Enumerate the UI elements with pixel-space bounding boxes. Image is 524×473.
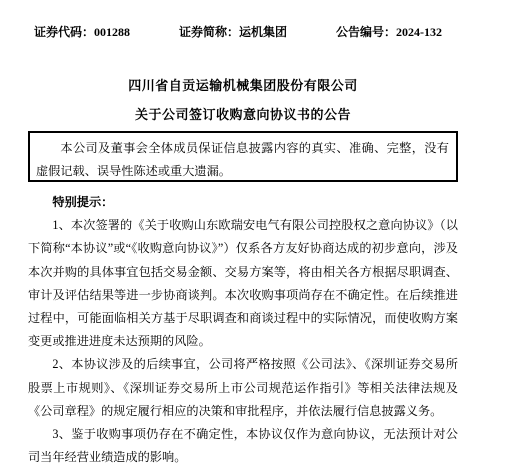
stock-code-value: 001288	[94, 25, 130, 39]
stock-code: 证券代码：001288	[34, 23, 130, 40]
announcement-number: 公告编号：2024-132	[336, 23, 442, 40]
notice-paragraph-3: 3、鉴于收购事项仍存在不确定性，本协议仅作为意向协议，无法预计对公司当年经营业绩…	[28, 423, 458, 469]
document-header: 证券代码：001288 证券简称：运机集团 公告编号：2024-132	[34, 23, 442, 40]
notice-paragraph-2: 2、本协议涉及的后续事宜，公司将严格按照《公司法》、《深圳证券交易所股票上市规则…	[28, 353, 458, 423]
company-title: 四川省自贡运输机械集团股份有限公司	[28, 75, 458, 94]
announcement-title: 关于公司签订收购意向协议书的公告	[28, 104, 458, 123]
stock-code-label: 证券代码：	[34, 25, 94, 39]
announcement-number-label: 公告编号：	[336, 25, 396, 39]
disclaimer-box: 本公司及董事会全体成员保证信息披露内容的真实、准确、完整，没有虚假记载、误导性陈…	[28, 131, 458, 182]
announcement-page: 证券代码：001288 证券简称：运机集团 公告编号：2024-132 四川省自…	[0, 0, 524, 473]
special-notice-heading: 特别提示：	[28, 191, 458, 214]
stock-name: 证券简称：运机集团	[179, 23, 287, 40]
stock-name-label: 证券简称：	[179, 25, 239, 39]
announcement-number-value: 2024-132	[396, 25, 442, 39]
notice-paragraph-1: 1、本次签署的《关于收购山东欧瑞安电气有限公司控股权之意向协议》（以下简称“本协…	[28, 214, 458, 353]
stock-name-value: 运机集团	[239, 25, 287, 39]
special-notice-section: 特别提示： 1、本次签署的《关于收购山东欧瑞安电气有限公司控股权之意向协议》（以…	[28, 191, 458, 469]
